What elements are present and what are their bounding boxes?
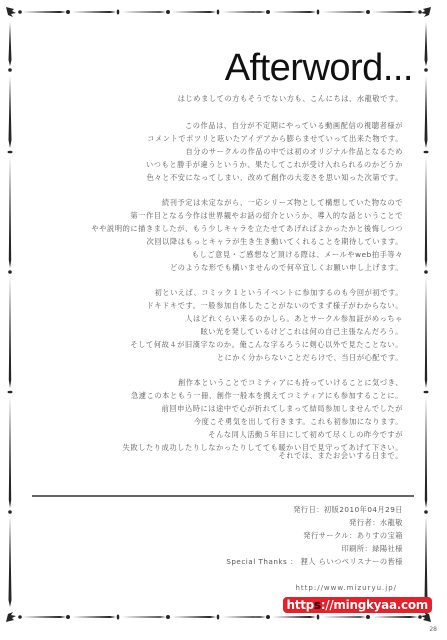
text-line: ドキドキです。一般参加自体したことがないのでまず様子がわからない。 [130,299,403,312]
text-line: 次回以降はもっとキャラが生き生き動いてくれることを期待しています。 [91,235,403,248]
text-line: 急遽この本ともう一冊、創作一般本を携えてコミティアにも参加することに。 [123,389,403,402]
text-line: この作品は、自分が不定期にやっている動画配信の視聴者様が [146,119,403,132]
text-line: いつもと勝手が違うというか、果たしてこれが受け入れられるのかどうか [146,158,403,171]
text-line: それでは、またお会いする日まで。 [279,449,403,462]
text-line: もしご意見・ご感想など頂ける際は、メールやweb拍手等々 [91,248,403,261]
circle-name: 発行サークル：ありすの宝箱 [226,529,403,542]
text-line: やや説明的に描きましたが、もう少しキャラを立たせてあげればよかったかと後悔しつつ [91,222,403,235]
text-line: どのような形でも構いませんので何卒宜しくお願い申し上げます。 [91,261,403,274]
watermark: https://mingkyaa.com [283,597,432,613]
paragraph-comitia: 創作本ということでコミティアにも持っていけることに気づき、 急遽この本ともう一冊… [123,376,403,454]
colophon: 発行日：初版2010年04月29日 発行者：水龍敬 発行サークル：ありすの宝箱 … [226,503,403,568]
text-line: 自分のサークルの作品の中では初のオリジナル作品となるため [146,145,403,158]
text-line: 続刊予定は未定ながら、一応シリーズ物として構想していた物なので [91,196,403,209]
text-line: 第一作目となる今作は世界観やお話の紹介というか、導入的な話ということで [91,209,403,222]
paragraph-about-work: この作品は、自分が不定期にやっている動画配信の視聴者様が コメントでポツリと呟い… [146,119,403,184]
text-line: はじめましての方もそうでない方も、こんにちは、水龍敬です。 [178,92,403,105]
watermark-prefix: http [287,598,314,612]
text-line: そして何故４が旧漢字なのか。俺こんな字るろうに剣心以外で見たことない。 [130,338,403,351]
paragraph-closing: それでは、またお会いする日まで。 [279,449,403,462]
printer: 印刷所：緑陽社様 [226,542,403,555]
paragraph-greeting: はじめましての方もそうでない方も、こんにちは、水龍敬です。 [178,92,403,105]
text-line: 人はどれくらい来るのかしら。あとサークル参加証がめっちゃ [130,312,403,325]
text-line: とにかく分からないことだらけで、当日が心配です。 [130,351,403,364]
publisher: 発行者：水龍敬 [226,516,403,529]
special-thanks: Special Thanks ： 狸人 らいつべリスナーの皆様 [226,555,403,568]
website-link[interactable]: http://www.mizuryu.jp/ [295,584,397,592]
text-line: そんな同人活動５年目にして初めて尽くしの昨今ですが [123,428,403,441]
text-line: 色々と不安になってしまい、改めて創作の大変さを思い知った次第です。 [146,171,403,184]
watermark-highlight: s [314,598,321,612]
text-line: 前回申込時には途中で心が折れてしまって結局参加しませんでしたが [123,402,403,415]
text-line: 今度こそ勇気を出して行きます。これも初参加になります。 [123,415,403,428]
divider-rule [32,495,414,497]
paragraph-comic1: 初といえば、コミック１というイベントに参加するのも今回が初です。 ドキドキです。… [130,286,403,364]
text-line: 初といえば、コミック１というイベントに参加するのも今回が初です。 [130,286,403,299]
watermark-suffix: ://mingkyaa.com [321,598,428,612]
paragraph-sequel: 続刊予定は未定ながら、一応シリーズ物として構想していた物なので 第一作目となる今… [91,196,403,274]
text-line: コメントでポツリと呟いたアイデアから膨らませていって出来た物です。 [146,132,403,145]
page-title: Afterword... [225,47,413,90]
page-number: 28 [429,626,437,633]
text-line: 創作本ということでコミティアにも持っていけることに気づき、 [123,376,403,389]
issue-date: 発行日：初版2010年04月29日 [226,503,403,516]
text-line: 眩い光を発しているけどこれは何の自己主張なんだろう。 [130,325,403,338]
